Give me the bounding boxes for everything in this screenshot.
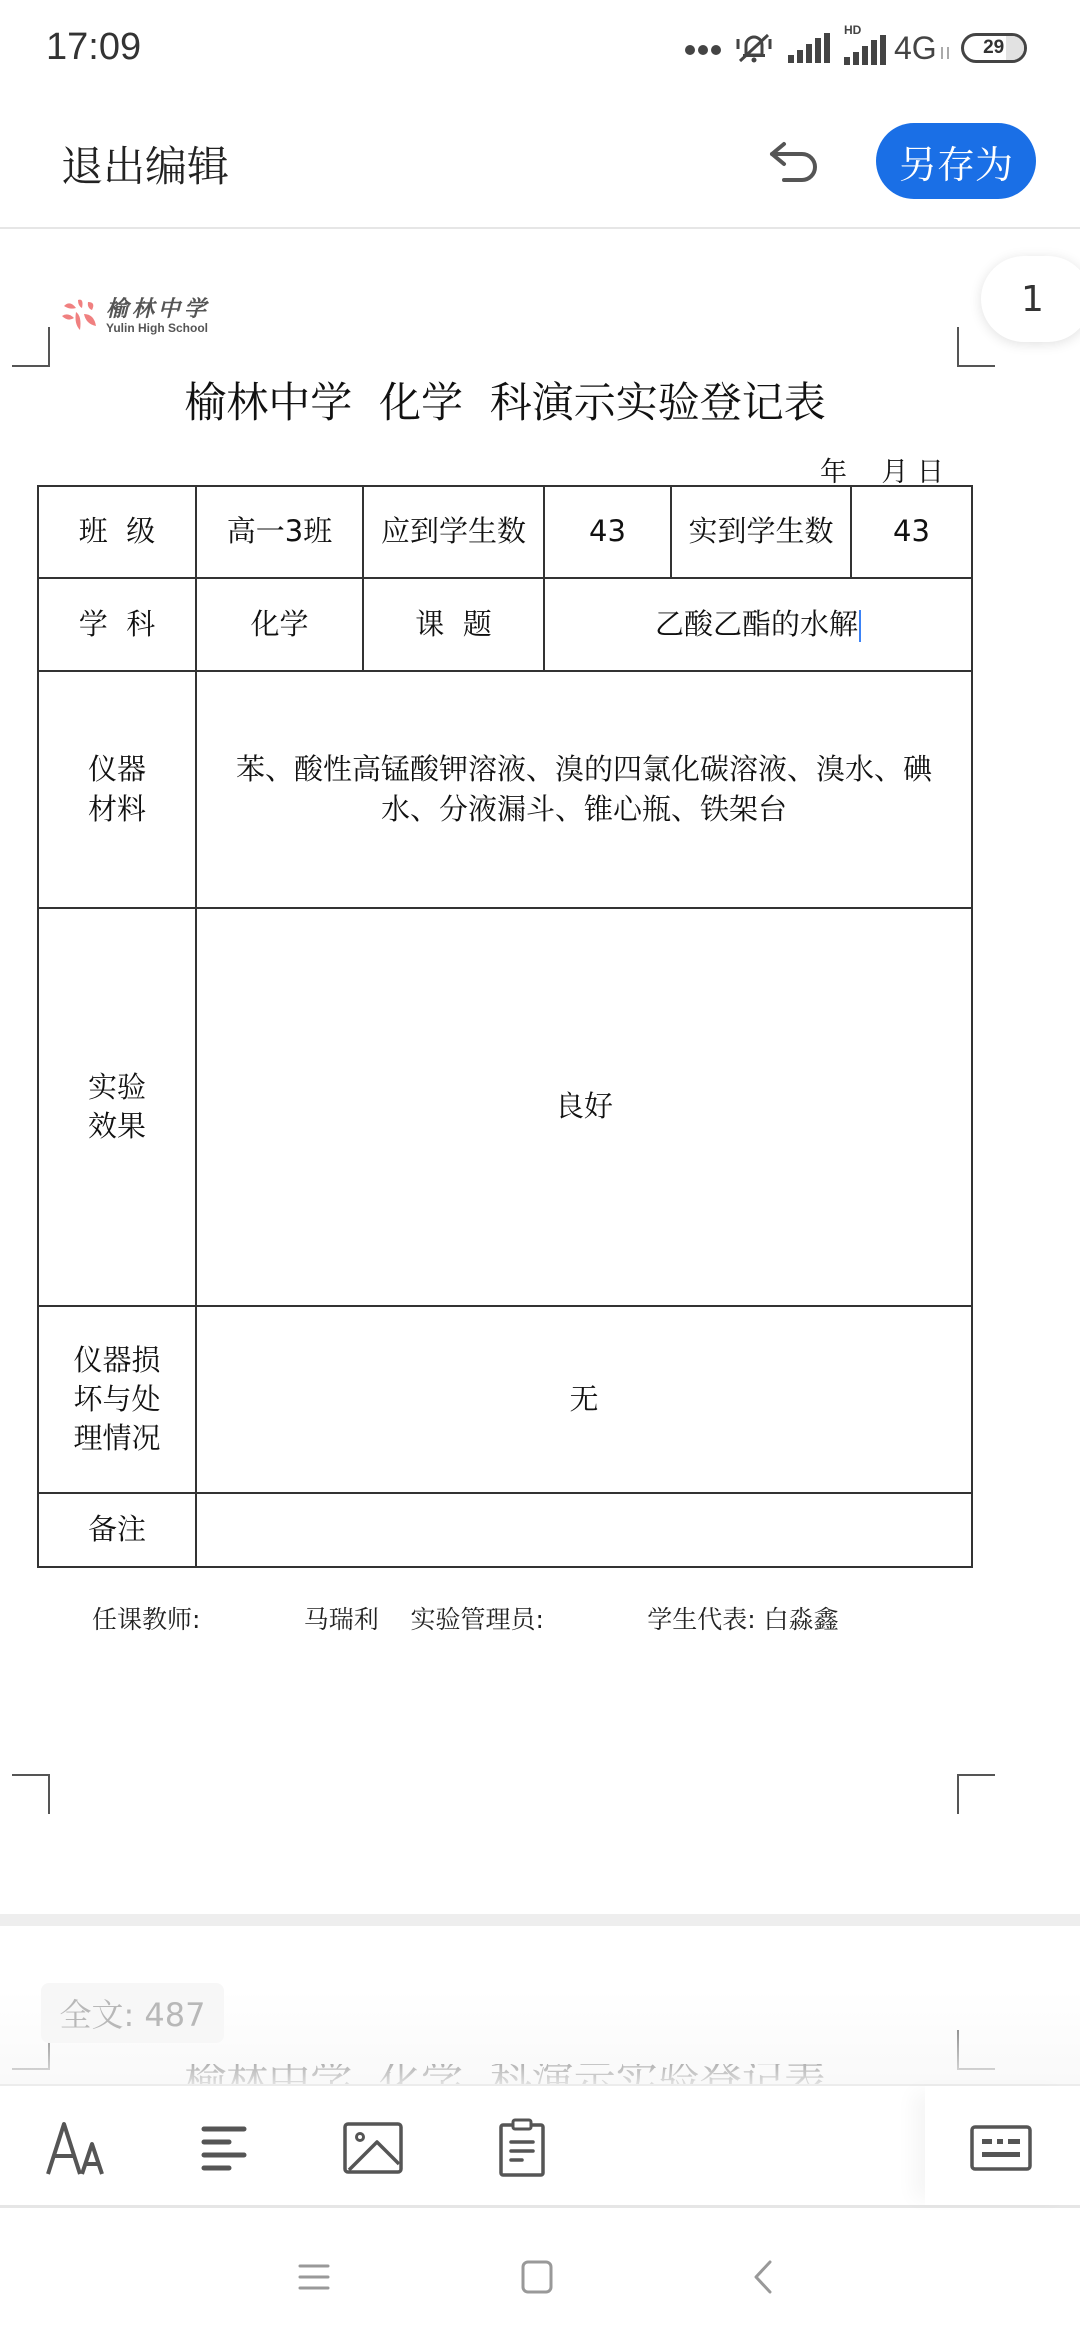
remarks-value[interactable] bbox=[196, 1493, 972, 1567]
system-navbar bbox=[0, 2210, 1080, 2340]
font-size-icon bbox=[44, 2118, 108, 2178]
class-value[interactable]: 高一3班 bbox=[196, 486, 363, 578]
table-row: 仪器 材料 苯、酸性高锰酸钾溶液、溴的四氯化碳溶液、溴水、碘水、分液漏斗、锥心瓶… bbox=[38, 671, 972, 908]
damage-value[interactable]: 无 bbox=[196, 1306, 972, 1493]
topic-value: 乙酸乙酯的水解 bbox=[655, 607, 858, 641]
logo-emblem-icon bbox=[60, 296, 100, 336]
battery-level: 29 bbox=[983, 37, 1004, 59]
actual-students-value[interactable]: 43 bbox=[851, 486, 972, 578]
signature-line[interactable]: 任课教师: 马瑞利 实验管理员: 学生代表: 白淼鑫 bbox=[92, 1600, 839, 1636]
page-separator bbox=[0, 1914, 1080, 1926]
undo-icon bbox=[762, 130, 826, 194]
keyboard-button[interactable] bbox=[965, 2112, 1037, 2184]
expected-students-value[interactable]: 43 bbox=[544, 486, 671, 578]
page-corner-mark bbox=[957, 327, 995, 367]
topic-label[interactable]: 课 题 bbox=[363, 578, 544, 671]
insert-image-button[interactable] bbox=[337, 2112, 409, 2184]
hd-signal-icon: HD bbox=[844, 31, 886, 65]
clipboard-icon bbox=[498, 2118, 546, 2178]
page-corner-mark bbox=[12, 327, 50, 367]
status-icons: HD 4G 29 bbox=[684, 28, 1027, 68]
expected-students-label[interactable]: 应到学生数 bbox=[363, 486, 544, 578]
font-size-button[interactable] bbox=[40, 2112, 112, 2184]
back-button[interactable] bbox=[738, 2252, 788, 2302]
subject-value[interactable]: 化学 bbox=[196, 578, 363, 671]
topic-value-cell[interactable]: 乙酸乙酯的水解 bbox=[544, 578, 972, 671]
back-icon bbox=[752, 2260, 774, 2294]
page2-title: 榆林中学 化学 科演示实验登记表 bbox=[0, 2064, 1010, 2084]
table-row: 学 科 化学 课 题 乙酸乙酯的水解 bbox=[38, 578, 972, 671]
table-row: 实验 效果 良好 bbox=[38, 908, 972, 1306]
edit-toolbar bbox=[0, 2084, 1080, 2208]
align-left-icon bbox=[201, 2125, 247, 2171]
paragraph-align-button[interactable] bbox=[188, 2112, 260, 2184]
data-arrows-icon bbox=[939, 45, 951, 61]
undo-button[interactable] bbox=[762, 130, 826, 194]
insert-image-icon bbox=[343, 2122, 403, 2174]
text-cursor bbox=[859, 610, 861, 642]
status-time: 17:09 bbox=[46, 26, 141, 69]
result-label[interactable]: 实验 效果 bbox=[38, 908, 196, 1306]
recents-button[interactable] bbox=[289, 2252, 339, 2302]
table-row: 仪器损 坏与处 理情况 无 bbox=[38, 1306, 972, 1493]
page-corner-mark bbox=[957, 1774, 995, 1814]
network-4g-icon: 4G bbox=[894, 30, 937, 67]
table-row: 班 级 高一3班 应到学生数 43 实到学生数 43 bbox=[38, 486, 972, 578]
subject-label[interactable]: 学 科 bbox=[38, 578, 196, 671]
bell-muted-icon bbox=[734, 31, 774, 65]
header-divider bbox=[0, 227, 1080, 229]
date-line[interactable]: 年 月 日 bbox=[820, 450, 944, 489]
page-corner-mark bbox=[12, 1774, 50, 1814]
exit-edit-button[interactable]: 退出编辑 bbox=[61, 134, 229, 194]
keyboard-icon bbox=[970, 2125, 1032, 2171]
document-title[interactable]: 榆林中学 化学 科演示实验登记表 bbox=[0, 370, 1010, 430]
damage-label[interactable]: 仪器损 坏与处 理情况 bbox=[38, 1306, 196, 1493]
logo-english-name: Yulin High School bbox=[106, 322, 210, 334]
menu-icon bbox=[298, 2263, 330, 2291]
word-count-badge: 全文: 487 bbox=[41, 1983, 224, 2043]
class-label[interactable]: 班 级 bbox=[38, 486, 196, 578]
result-value[interactable]: 良好 bbox=[196, 908, 972, 1306]
table-row: 备注 bbox=[38, 1493, 972, 1567]
page-indicator[interactable]: 1 bbox=[981, 256, 1080, 342]
logo-chinese-name: 榆林中学 bbox=[106, 298, 210, 320]
page2-title-text: 榆林中学 化学 科演示实验登记表 bbox=[0, 2064, 1010, 2084]
remarks-label[interactable]: 备注 bbox=[38, 1493, 196, 1567]
signal-icon bbox=[788, 33, 830, 63]
more-dots-icon bbox=[684, 38, 722, 58]
equipment-value[interactable]: 苯、酸性高锰酸钾溶液、溴的四氯化碳溶液、溴水、碘水、分液漏斗、锥心瓶、铁架台 bbox=[196, 671, 972, 908]
school-logo: 榆林中学 Yulin High School bbox=[60, 296, 210, 336]
home-icon bbox=[521, 2260, 553, 2294]
save-as-button[interactable]: 另存为 bbox=[876, 123, 1036, 199]
clipboard-button[interactable] bbox=[486, 2112, 558, 2184]
battery-icon: 29 bbox=[961, 33, 1027, 63]
registration-table: 班 级 高一3班 应到学生数 43 实到学生数 43 学 科 化学 课 题 乙酸… bbox=[37, 485, 973, 1568]
keyboard-toggle-area bbox=[925, 2086, 1080, 2205]
equipment-label[interactable]: 仪器 材料 bbox=[38, 671, 196, 908]
home-button[interactable] bbox=[512, 2252, 562, 2302]
actual-students-label[interactable]: 实到学生数 bbox=[671, 486, 851, 578]
